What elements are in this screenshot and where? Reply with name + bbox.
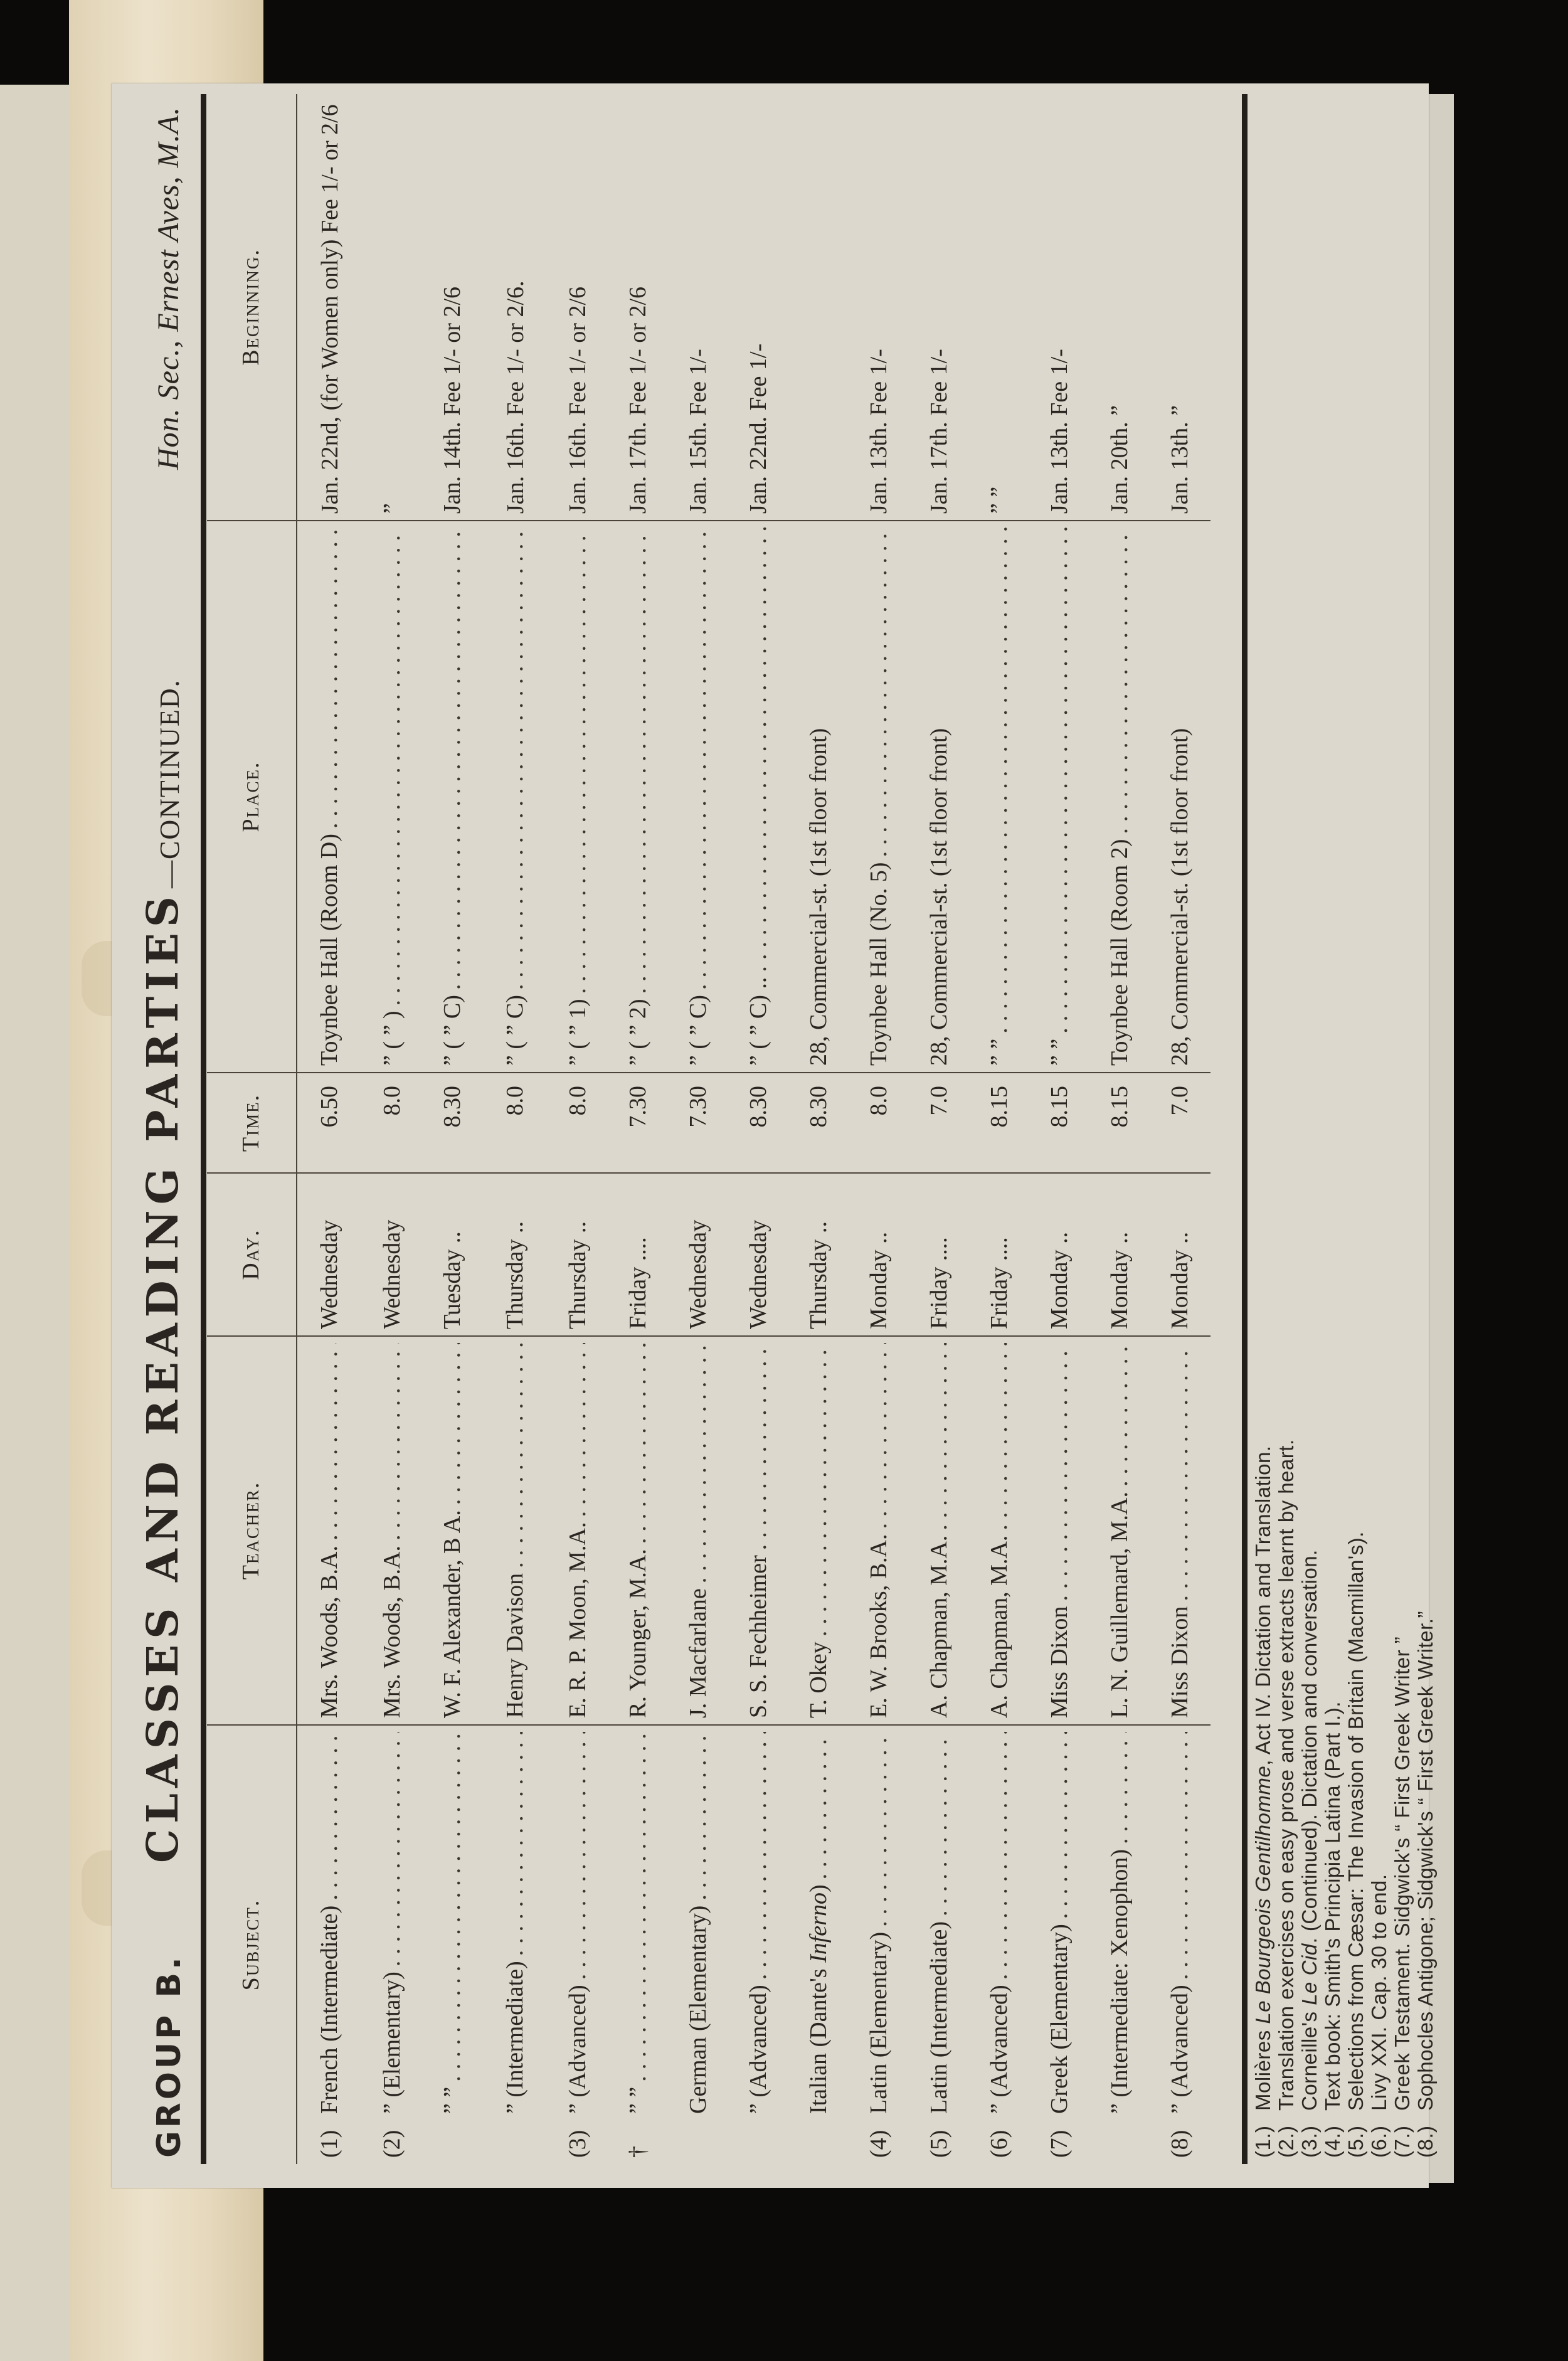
group-label: GROUP B.	[151, 1863, 188, 2158]
time-cell: 7.0	[1150, 1073, 1210, 1173]
teacher-text: Henry Davison	[502, 1573, 529, 1718]
dot-leader	[986, 1732, 1014, 1980]
dot-leader	[745, 1732, 773, 1980]
teacher-text: Mrs. Woods, B.A.	[379, 1546, 406, 1718]
place-cell: 28, Commercial-st. (1st floor front)	[789, 521, 849, 1073]
time-text: 8.15	[1046, 1086, 1073, 1128]
place-text: ” ( ” 2)	[625, 999, 652, 1066]
teacher-text: Miss Dixon	[1167, 1606, 1194, 1718]
teacher-cell: L. N. Guillemard, M.A.	[1090, 1336, 1150, 1725]
time-text: 8.0	[564, 1086, 591, 1116]
footnote-number: (3.)	[1298, 2111, 1321, 2158]
beginning-text: Jan. 16th. Fee 1/- or 2/6	[564, 287, 591, 514]
beginning-text: Jan. 15th. Fee 1/-	[685, 349, 711, 514]
time-cell: 8.30	[789, 1073, 849, 1173]
italic-title: Inferno	[805, 1892, 832, 1963]
footnote-text: Text book: Smith's Principia Latina (Par…	[1321, 1701, 1344, 2111]
beginning-text: Jan. 13th. Fee 1/-	[1046, 349, 1073, 514]
dot-leader	[1106, 528, 1134, 834]
teacher-cell: E. W. Brooks, B.A.	[849, 1336, 909, 1725]
teacher-cell: A. Chapman, M.A.	[909, 1336, 970, 1725]
dot-leader	[564, 528, 592, 994]
subject-text: ” (Advanced)	[564, 1985, 592, 2114]
place-text: ” ”	[1046, 1039, 1074, 1066]
class-number: (3)	[564, 2114, 592, 2158]
dot-leader	[316, 1732, 344, 1901]
subject-text: Greek (Elementary)	[1046, 1924, 1074, 2114]
dot-leader	[1106, 1732, 1134, 1844]
subject-cell: ” (Intermediate: Xenophon)	[1090, 1725, 1150, 2164]
teacher-text: S. S. Fechheimer	[745, 1555, 773, 1718]
beginning-text: ”	[379, 503, 405, 514]
footnote-number: (4.)	[1321, 2111, 1344, 2158]
beginning-cell: Jan. 13th. Fee 1/-	[1030, 94, 1090, 521]
teacher-cell: Miss Dixon	[1030, 1336, 1090, 1725]
time-cell: 7.30	[608, 1073, 669, 1173]
subject-cell: German (Elementary)	[669, 1725, 729, 2164]
teacher-text: Miss Dixon	[1046, 1606, 1074, 1718]
subject-text: ” ”	[625, 2087, 652, 2114]
dot-leader	[685, 1343, 712, 1583]
dot-leader	[685, 528, 712, 990]
footnote-text: Livy XXI. Cap. 30 to end.	[1367, 1874, 1391, 2111]
column-header-teacher: Teacher.	[207, 1336, 297, 1725]
dot-leader	[1167, 1343, 1194, 1601]
footnote-number: (6.)	[1367, 2111, 1391, 2158]
place-cell: ” ( ” C)	[423, 521, 483, 1073]
teacher-text: R. Younger, M.A.	[625, 1549, 652, 1718]
day-text: Tuesday ..	[439, 1231, 465, 1329]
bottom-rule	[1242, 94, 1248, 2164]
dot-leader	[805, 1732, 833, 1879]
teacher-cell: Mrs. Woods, B.A.	[297, 1336, 363, 1725]
teacher-cell: A. Chapman, M.A.	[970, 1336, 1030, 1725]
teacher-cell: J. Macfarlane	[669, 1336, 729, 1725]
place-text: Toynbee Hall (Room 2)	[1106, 839, 1134, 1066]
dot-leader	[805, 1343, 833, 1637]
class-number: (1)	[316, 2114, 344, 2158]
table-row: (8)” (Advanced) Miss Dixon Monday .. 7.0…	[1150, 94, 1210, 2164]
day-cell: Monday ..	[849, 1173, 909, 1336]
day-cell: Tuesday ..	[423, 1173, 483, 1336]
beginning-text: Jan. 13th. ”	[1167, 405, 1193, 514]
footnote-text: Translation exercises on easy prose and …	[1274, 1439, 1298, 2111]
beginning-text: Jan. 22nd. Fee 1/-	[745, 344, 771, 514]
italic-title: Le Cid	[1298, 1943, 1321, 2005]
beginning-cell: Jan. 20th. ”	[1090, 94, 1150, 521]
page-header: GROUP B. CLASSES AND READING PARTIES —CO…	[119, 88, 188, 2183]
day-text: Friday ....	[986, 1237, 1012, 1329]
footnote-line: (3.)Corneille's Le Cid. (Continued). Dic…	[1298, 100, 1321, 2158]
subject-text: German (Elementary)	[685, 1906, 712, 2114]
beginning-cell: Jan. 17th. Fee 1/-	[909, 94, 970, 521]
subject-cell: Italian (Dante's Inferno)	[789, 1725, 849, 2164]
beginning-cell: Jan. 17th. Fee 1/- or 2/6	[608, 94, 669, 521]
teacher-cell: T. Okey	[789, 1336, 849, 1725]
place-cell: ” ”	[1030, 521, 1090, 1073]
place-text: ” ( ” C) ..	[745, 977, 773, 1066]
day-cell: Monday ..	[1150, 1173, 1210, 1336]
subject-cell: ” (Intermediate)	[483, 1725, 548, 2164]
dot-leader	[926, 1343, 953, 1531]
dot-leader	[439, 1343, 467, 1505]
teacher-text: J. Macfarlane	[685, 1588, 712, 1718]
time-text: 8.15	[986, 1086, 1012, 1128]
dot-leader	[316, 528, 344, 829]
table-row: ” (Intermediate: Xenophon) L. N. Guillem…	[1090, 94, 1150, 2164]
subject-text: Latin (Intermediate)	[926, 1921, 953, 2114]
column-header-subject: Subject.	[207, 1725, 297, 2164]
footnote-line: (7.)Greek Testament. Sidgwick's “ First …	[1391, 100, 1414, 2158]
teacher-cell: S. S. Fechheimer	[729, 1336, 789, 1725]
dot-leader	[1046, 1732, 1074, 1919]
day-cell: Friday ....	[608, 1173, 669, 1336]
place-text: 28, Commercial-st. (1st floor front)	[805, 728, 833, 1066]
teacher-text: W. F. Alexander, B A.	[439, 1510, 467, 1718]
footnote-text: Corneille's Le Cid. (Continued). Dictati…	[1298, 1549, 1321, 2111]
beginning-cell: Jan. 16th. Fee 1/- or 2/6.	[483, 94, 548, 521]
dot-leader	[1167, 1732, 1194, 1980]
page-title: CLASSES AND READING PARTIES	[138, 891, 188, 1863]
beginning-cell: Jan. 15th. Fee 1/-	[669, 94, 729, 521]
table-row: ” ” W. F. Alexander, B A. Tuesday .. 8.3…	[423, 94, 483, 2164]
subject-cell: †” ”	[608, 1725, 669, 2164]
beginning-text: Jan. 16th. Fee 1/- or 2/6.	[502, 280, 529, 514]
beginning-cell: Jan. 16th. Fee 1/- or 2/6	[548, 94, 608, 521]
day-text: Monday ..	[1106, 1232, 1133, 1329]
place-cell: ” ( ” C)	[669, 521, 729, 1073]
time-text: 8.0	[502, 1086, 528, 1116]
subject-cell: (4)Latin (Elementary)	[849, 1725, 909, 2164]
teacher-text: A. Chapman, M.A.	[926, 1536, 953, 1718]
day-text: Friday ....	[926, 1237, 952, 1329]
dot-leader	[745, 528, 773, 972]
place-text: 28, Commercial-st. (1st floor front)	[926, 728, 953, 1066]
day-cell: Monday ..	[1030, 1173, 1090, 1336]
beginning-cell: Jan. 22nd. Fee 1/-	[729, 94, 789, 521]
place-text: ” ( ” )	[379, 1011, 406, 1066]
subject-text: ” ”	[439, 2087, 467, 2114]
day-cell: Monday ..	[1090, 1173, 1150, 1336]
time-cell: 7.0	[909, 1073, 970, 1173]
subject-cell: (2)” (Elementary)	[363, 1725, 423, 2164]
dot-leader	[502, 1732, 529, 1956]
time-text: 8.0	[866, 1086, 892, 1116]
day-text: Wednesday	[685, 1220, 711, 1329]
day-text: Friday ....	[625, 1237, 651, 1329]
class-number: (6)	[986, 2114, 1014, 2158]
footnote-line: (5.)Selections from Cæsar: The Invasion …	[1344, 100, 1367, 2158]
day-cell: Friday ....	[909, 1173, 970, 1336]
subject-text: ” (Advanced)	[986, 1985, 1014, 2114]
subject-text: ” (Elementary)	[379, 1971, 406, 2114]
dot-leader	[625, 1732, 652, 2082]
day-cell: Friday ....	[970, 1173, 1030, 1336]
day-text: Thursday ..	[502, 1221, 528, 1329]
footnote-number: (8.)	[1414, 2111, 1437, 2158]
class-number: †	[625, 2114, 652, 2158]
column-header-place: Place.	[207, 521, 297, 1073]
footnote-line: (6.)Livy XXI. Cap. 30 to end.	[1367, 100, 1391, 2158]
beginning-cell: ”	[363, 94, 423, 521]
footnote-text: Greek Testament. Sidgwick's “ First Gree…	[1391, 1637, 1414, 2111]
teacher-cell: Miss Dixon	[1150, 1336, 1210, 1725]
table-row: Italian (Dante's Inferno) T. Okey Thursd…	[789, 94, 849, 2164]
beginning-text: Jan. 17th. Fee 1/-	[926, 349, 952, 514]
place-cell: 28, Commercial-st. (1st floor front)	[909, 521, 970, 1073]
time-text: 8.15	[1106, 1086, 1133, 1128]
dot-leader	[625, 1343, 652, 1544]
place-text: 28, Commercial-st. (1st floor front)	[1167, 728, 1194, 1066]
class-number: (5)	[926, 2114, 953, 2158]
teacher-text: L. N. Guillemard, M.A.	[1106, 1492, 1134, 1718]
day-text: Thursday ..	[805, 1221, 832, 1329]
dot-leader	[564, 1732, 592, 1980]
teacher-text: A. Chapman, M.A.	[986, 1536, 1014, 1718]
table-row: (7)Greek (Elementary) Miss Dixon Monday …	[1030, 94, 1090, 2164]
italic-title: Le Bourgeois Gentilhomme	[1251, 1766, 1274, 2024]
footnote-line: (2.)Translation exercises on easy prose …	[1274, 100, 1298, 2158]
day-cell: Thursday ..	[548, 1173, 608, 1336]
time-text: 6.50	[316, 1086, 342, 1128]
time-cell: 8.0	[849, 1073, 909, 1173]
beginning-text: Jan. 22nd, (for Women only) Fee 1/- or 2…	[317, 104, 343, 514]
dot-leader	[379, 1732, 406, 1966]
time-cell: 8.30	[423, 1073, 483, 1173]
footnote-number: (1.)	[1251, 2111, 1274, 2158]
dot-leader	[439, 528, 467, 990]
footnote-number: (5.)	[1344, 2111, 1367, 2158]
rotated-content: GROUP B. CLASSES AND READING PARTIES —CO…	[113, 88, 1461, 2183]
subject-cell: (8)” (Advanced)	[1150, 1725, 1210, 2164]
day-cell: Wednesday	[729, 1173, 789, 1336]
subject-text: Italian (Dante's Inferno)	[805, 1884, 833, 2114]
footnote-line: (4.)Text book: Smith's Principia Latina …	[1321, 100, 1344, 2158]
beginning-cell	[789, 94, 849, 521]
place-text: ” ( ” 1)	[564, 999, 592, 1066]
dot-leader	[866, 1343, 893, 1529]
footnote-text: Molières Le Bourgeois Gentilhomme, Act I…	[1251, 1446, 1274, 2111]
teacher-cell: E. R. P. Moon, M.A.	[548, 1336, 608, 1725]
time-cell: 8.30	[729, 1073, 789, 1173]
beginning-text: ” ”	[986, 487, 1012, 514]
place-cell: ” ( ” )	[363, 521, 423, 1073]
time-text: 7.30	[685, 1086, 711, 1128]
table-row: (2)” (Elementary) Mrs. Woods, B.A. Wedne…	[363, 94, 423, 2164]
dot-leader	[986, 1343, 1014, 1531]
class-number: (2)	[379, 2114, 406, 2158]
column-header-time: Time.	[207, 1073, 297, 1173]
teacher-text: T. Okey	[805, 1642, 833, 1718]
day-text: Wednesday	[745, 1220, 771, 1329]
subject-cell: (1)French (Intermediate)	[297, 1725, 363, 2164]
continued-label: —CONTINUED.	[154, 679, 186, 888]
dot-leader	[745, 1343, 773, 1550]
teacher-text: Mrs. Woods, B.A.	[316, 1546, 344, 1718]
dot-leader	[1106, 1343, 1134, 1487]
subject-cell: (5)Latin (Intermediate)	[909, 1725, 970, 2164]
beginning-cell: ” ”	[970, 94, 1030, 521]
dot-leader	[316, 1343, 344, 1541]
table-header-row: Subject. Teacher. Day. Time. Place. Begi…	[207, 94, 297, 2164]
dot-leader	[564, 1343, 592, 1517]
subject-cell: (7)Greek (Elementary)	[1030, 1725, 1090, 2164]
place-cell: ” ( ” 2)	[608, 521, 669, 1073]
table-row: (3)” (Advanced) E. R. P. Moon, M.A. Thur…	[548, 94, 608, 2164]
footnote-number: (7.)	[1391, 2111, 1414, 2158]
day-cell: Wednesday	[297, 1173, 363, 1336]
dot-leader	[439, 1732, 467, 2082]
day-cell: Wednesday	[669, 1173, 729, 1336]
dot-leader	[379, 1343, 406, 1541]
dot-leader	[926, 1732, 953, 1916]
hon-secretary: Hon. Sec., Ernest Aves, M.A.	[151, 107, 186, 470]
dot-leader	[379, 528, 406, 1005]
beginning-cell: Jan. 14th. Fee 1/- or 2/6	[423, 94, 483, 521]
time-text: 8.0	[379, 1086, 405, 1116]
place-text: Toynbee Hall (No. 5)	[866, 862, 893, 1066]
subject-text: ” (Intermediate)	[502, 1961, 529, 2114]
teacher-cell: Mrs. Woods, B.A.	[363, 1336, 423, 1725]
table-row: ” (Intermediate) Henry Davison Thursday …	[483, 94, 548, 2164]
dot-leader	[986, 528, 1014, 1034]
time-text: 7.0	[926, 1086, 952, 1116]
dot-leader	[685, 1732, 712, 1901]
footnote-line: (1.)Molières Le Bourgeois Gentilhomme, A…	[1251, 100, 1274, 2158]
dot-leader	[502, 1343, 529, 1568]
place-text: ” ( ” C)	[502, 995, 529, 1066]
time-cell: 7.30	[669, 1073, 729, 1173]
beginning-text: Jan. 13th. Fee 1/-	[866, 349, 892, 514]
teacher-cell: R. Younger, M.A.	[608, 1336, 669, 1725]
class-number: (7)	[1046, 2114, 1074, 2158]
dot-leader	[1046, 528, 1074, 1034]
subject-cell: ” (Advanced)	[729, 1725, 789, 2164]
table-row: (4)Latin (Elementary) E. W. Brooks, B.A.…	[849, 94, 909, 2164]
top-rule	[201, 94, 206, 2164]
beginning-cell: Jan. 13th. Fee 1/-	[849, 94, 909, 521]
place-cell: Toynbee Hall (Room 2)	[1090, 521, 1150, 1073]
class-number: (8)	[1167, 2114, 1194, 2158]
time-text: 7.30	[625, 1086, 651, 1128]
beginning-text: Jan. 20th. ”	[1106, 405, 1133, 514]
place-cell: 28, Commercial-st. (1st floor front)	[1150, 521, 1210, 1073]
subject-text: ” (Advanced)	[1167, 1985, 1194, 2114]
place-cell: Toynbee Hall (No. 5)	[849, 521, 909, 1073]
day-cell: Thursday ..	[789, 1173, 849, 1336]
footnote-line: (8.)Sophocles Antigone; Sidgwick's “ Fir…	[1414, 100, 1437, 2158]
time-cell: 8.15	[1090, 1073, 1150, 1173]
dot-leader	[866, 1732, 893, 1927]
time-text: 7.0	[1167, 1086, 1193, 1116]
day-text: Thursday ..	[564, 1221, 591, 1329]
footnote-text: Selections from Cæsar: The Invasion of B…	[1344, 1531, 1367, 2111]
dot-leader	[625, 528, 652, 994]
teacher-cell: Henry Davison	[483, 1336, 548, 1725]
teacher-text: E. W. Brooks, B.A.	[866, 1534, 893, 1718]
beginning-text: Jan. 14th. Fee 1/- or 2/6	[439, 287, 465, 514]
day-cell: Thursday ..	[483, 1173, 548, 1336]
subject-text: Latin (Elementary)	[866, 1932, 893, 2114]
time-text: 8.30	[805, 1086, 832, 1128]
table-row: (6)” (Advanced) A. Chapman, M.A. Friday …	[970, 94, 1030, 2164]
beginning-cell: Jan. 13th. ”	[1150, 94, 1210, 521]
subject-cell: ” ”	[423, 1725, 483, 2164]
subject-text: ” (Advanced)	[745, 1985, 773, 2114]
footnotes: (1.)Molières Le Bourgeois Gentilhomme, A…	[1251, 100, 1437, 2158]
day-text: Monday ..	[1046, 1232, 1073, 1329]
beginning-text: Jan. 17th. Fee 1/- or 2/6	[625, 287, 651, 514]
day-text: Monday ..	[866, 1232, 892, 1329]
day-text: Wednesday	[379, 1220, 405, 1329]
time-cell: 8.0	[483, 1073, 548, 1173]
subject-cell: (3)” (Advanced)	[548, 1725, 608, 2164]
dot-leader	[1046, 1343, 1074, 1601]
day-cell: Wednesday	[363, 1173, 423, 1336]
place-text: Toynbee Hall (Room D)	[316, 834, 344, 1066]
beginning-cell: Jan. 22nd, (for Women only) Fee 1/- or 2…	[297, 94, 363, 521]
time-cell: 8.0	[548, 1073, 608, 1173]
dot-leader	[502, 528, 529, 990]
dot-leader	[866, 528, 893, 857]
place-text: ” ( ” C)	[439, 995, 467, 1066]
place-text: ” ( ” C)	[685, 995, 712, 1066]
time-cell: 6.50	[297, 1073, 363, 1173]
place-cell: ” ”	[970, 521, 1030, 1073]
class-schedule-table: Subject. Teacher. Day. Time. Place. Begi…	[207, 94, 1210, 2164]
footnote-number: (2.)	[1274, 2111, 1298, 2158]
time-cell: 8.0	[363, 1073, 423, 1173]
time-cell: 8.15	[1030, 1073, 1090, 1173]
time-text: 8.30	[745, 1086, 771, 1128]
day-text: Wednesday	[316, 1220, 342, 1329]
class-number: (4)	[866, 2114, 893, 2158]
subject-text: ” (Intermediate: Xenophon)	[1106, 1849, 1134, 2114]
table-row: (5)Latin (Intermediate) A. Chapman, M.A.…	[909, 94, 970, 2164]
place-cell: Toynbee Hall (Room D)	[297, 521, 363, 1073]
subject-text: French (Intermediate)	[316, 1906, 344, 2114]
footnote-text: Sophocles Antigone; Sidgwick's “ First G…	[1414, 1611, 1437, 2111]
table-row: †” ” R. Younger, M.A. Friday .... 7.30 ”…	[608, 94, 669, 2164]
place-cell: ” ( ” 1)	[548, 521, 608, 1073]
table-row: ” (Advanced) S. S. Fechheimer Wednesday …	[729, 94, 789, 2164]
place-cell: ” ( ” C) ..	[729, 521, 789, 1073]
subject-cell: (6)” (Advanced)	[970, 1725, 1030, 2164]
place-text: ” ”	[986, 1039, 1014, 1066]
day-text: Monday ..	[1167, 1232, 1193, 1329]
column-header-beginning: Beginning.	[207, 94, 297, 521]
table-row: (1)French (Intermediate) Mrs. Woods, B.A…	[297, 94, 363, 2164]
place-cell: ” ( ” C)	[483, 521, 548, 1073]
table-row: German (Elementary) J. Macfarlane Wednes…	[669, 94, 729, 2164]
column-header-day: Day.	[207, 1173, 297, 1336]
time-text: 8.30	[439, 1086, 465, 1128]
teacher-cell: W. F. Alexander, B A.	[423, 1336, 483, 1725]
teacher-text: E. R. P. Moon, M.A.	[564, 1522, 592, 1719]
time-cell: 8.15	[970, 1073, 1030, 1173]
